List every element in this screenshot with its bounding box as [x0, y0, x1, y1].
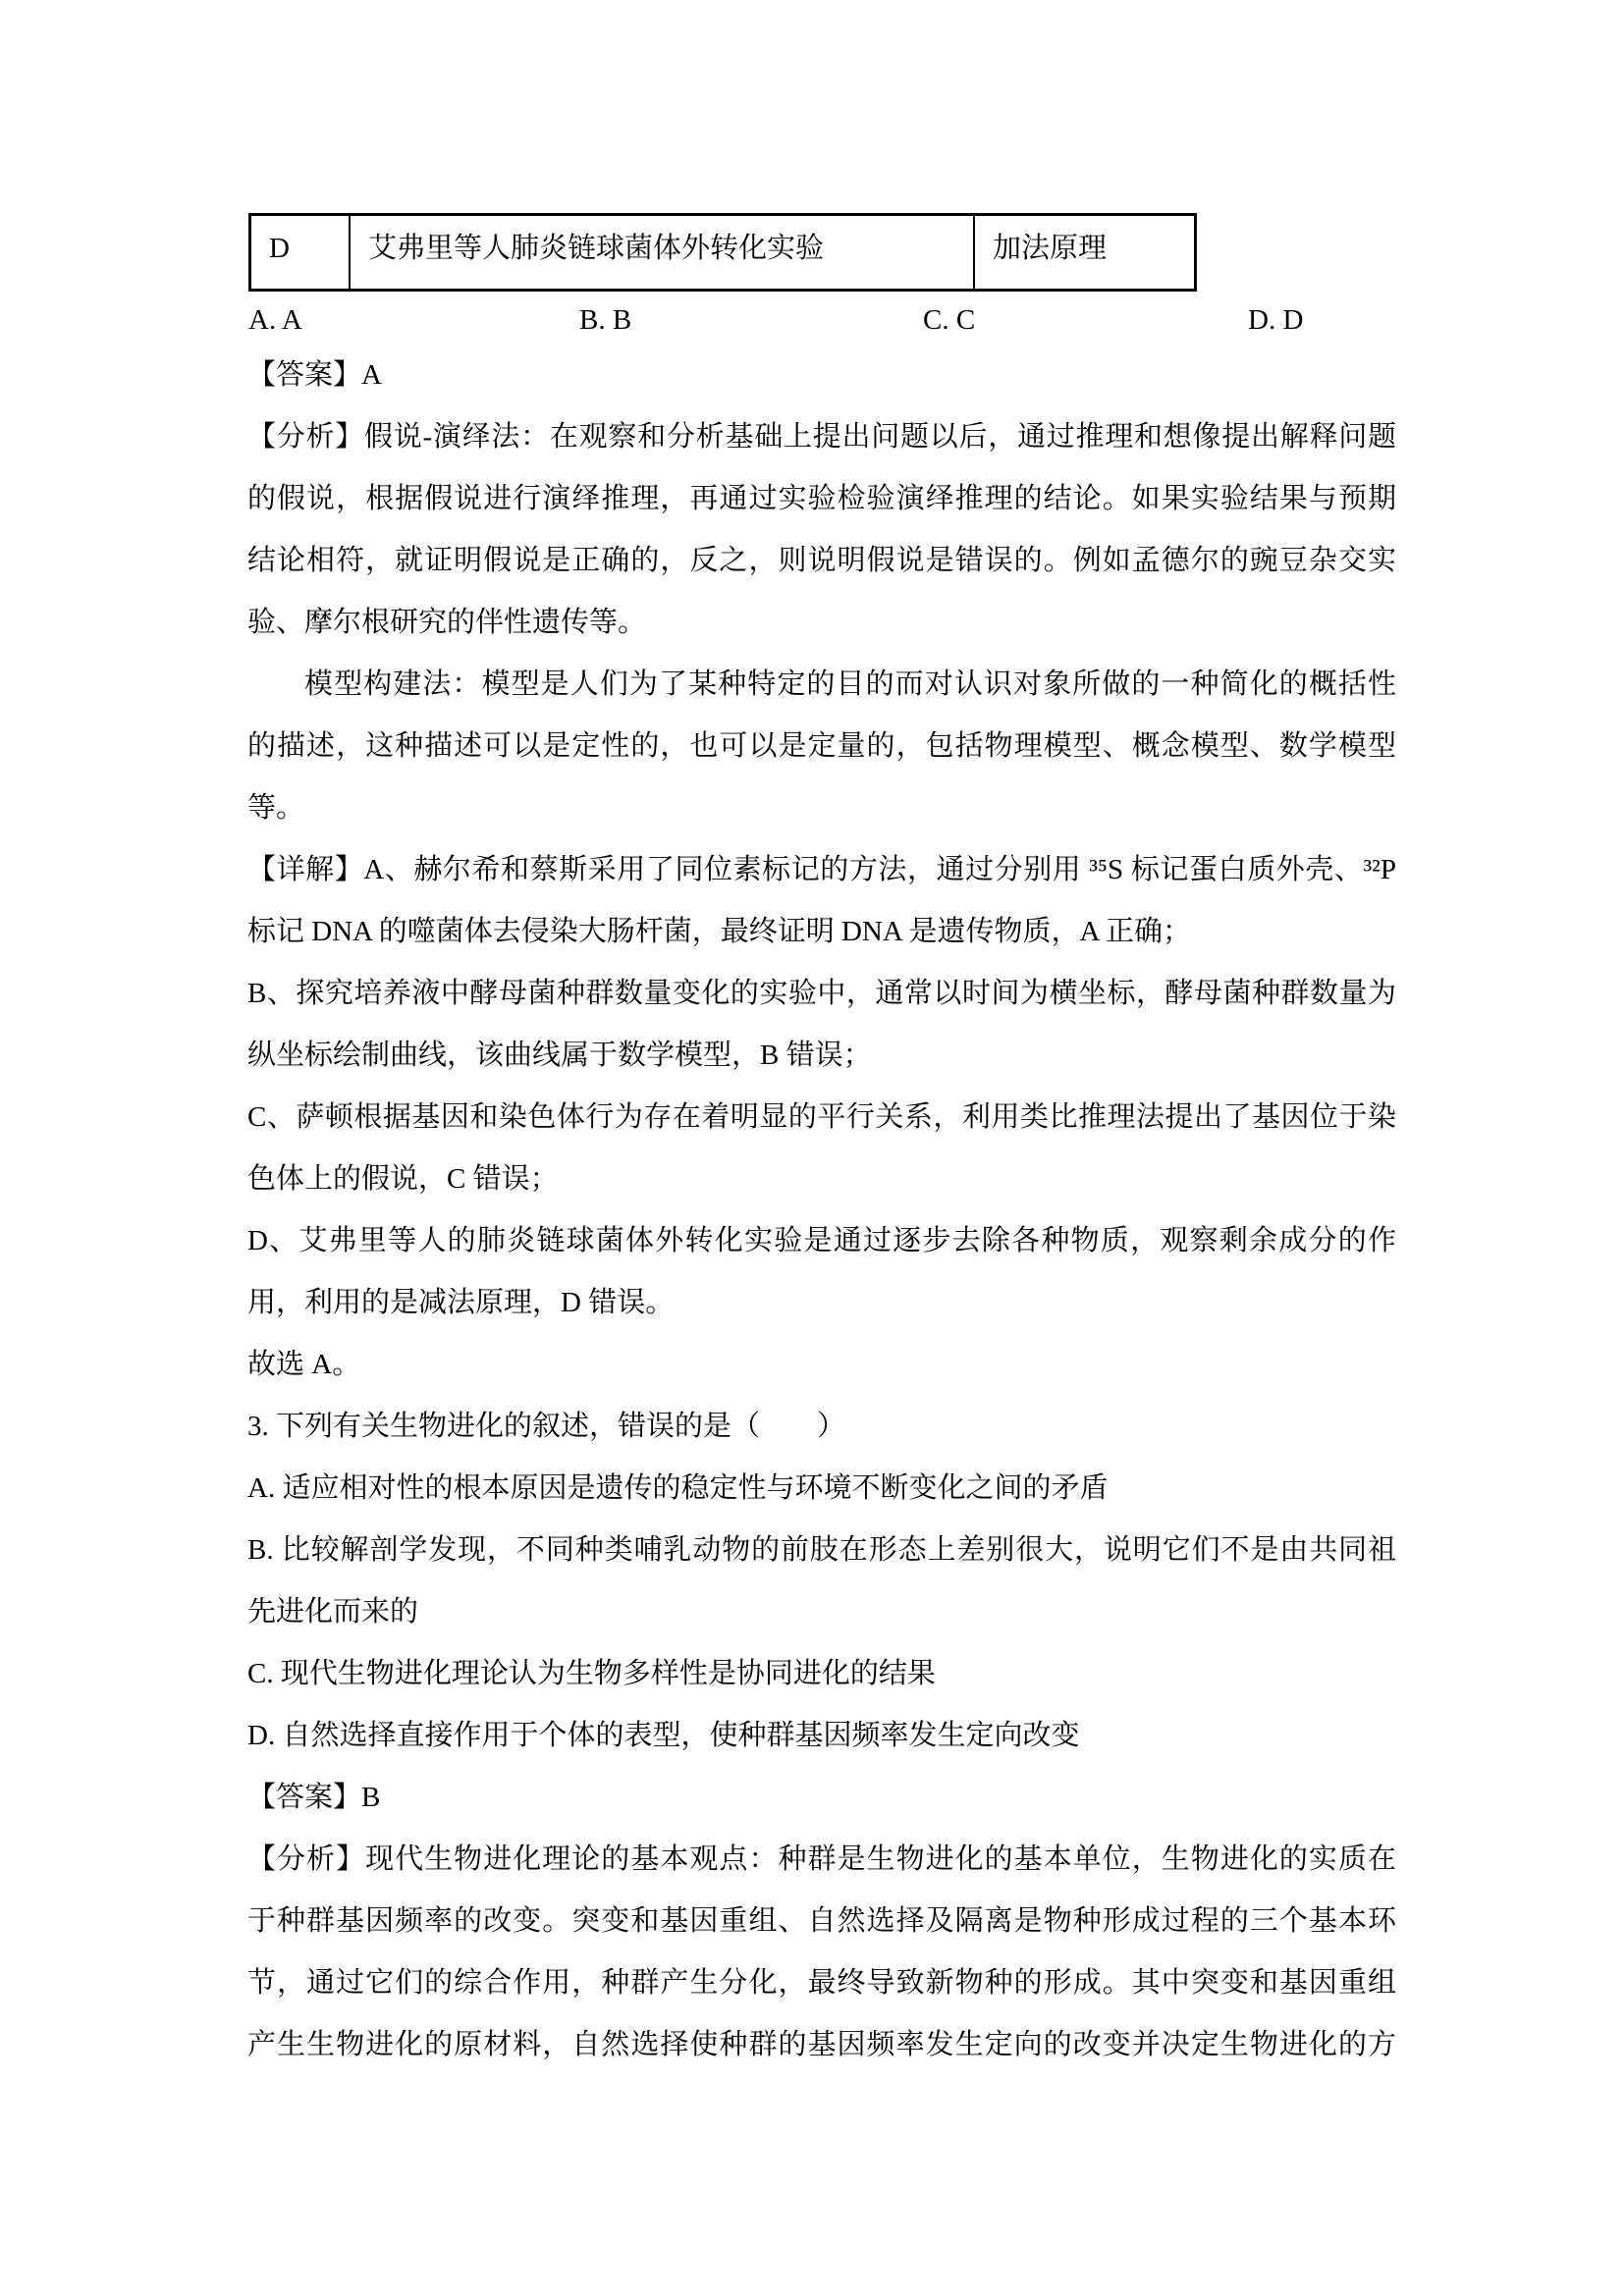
text-line: 产生生物进化的原材料，自然选择使种群的基因频率发生定向的改变并决定生物进化的方 [247, 2014, 1396, 2076]
conclusion-line: 故选 A。 [247, 1334, 1396, 1396]
answer-line-q3: 【答案】B [247, 1767, 1396, 1829]
question-3-option-d: D. 自然选择直接作用于个体的表型，使种群基因频率发生定向改变 [247, 1705, 1396, 1767]
text-line: 节，通过它们的综合作用，种群产生分化，最终导致新物种的形成。其中突变和基因重组 [247, 1952, 1396, 2014]
text-line: 标记 DNA 的噬菌体去侵染大肠杆菌，最终证明 DNA 是遗传物质，A 正确； [247, 901, 1396, 963]
document-body: 【答案】A 【分析】假说-演绎法：在观察和分析基础上提出问题以后，通过推理和想像… [247, 345, 1396, 2076]
question-3-option-a: A. 适应相对性的根本原因是遗传的稳定性与环境不断变化之间的矛盾 [247, 1458, 1396, 1520]
text-line: 纵坐标绘制曲线，该曲线属于数学模型，B 错误； [247, 1025, 1396, 1087]
text-line: 的描述，这种描述可以是定性的，也可以是定量的，包括物理模型、概念模型、数学模型 [247, 716, 1396, 777]
text-line: 模型构建法：模型是人们为了某种特定的目的而对认识对象所做的一种简化的概括性 [247, 654, 1396, 716]
text-line: C、萨顿根据基因和染色体行为存在着明显的平行关系，利用类比推理法提出了基因位于染 [247, 1087, 1396, 1148]
question-3-stem: 3. 下列有关生物进化的叙述，错误的是（ ） [247, 1396, 1396, 1458]
answer-choices-row: A. A B. B C. C D. D [245, 299, 1424, 341]
document-page: D 艾弗里等人肺炎链球菌体外转化实验 加法原理 A. A B. B C. C D… [0, 0, 1624, 2296]
text-line: D、艾弗里等人的肺炎链球菌体外转化实验是通过逐步去除各种物质，观察剩余成分的作 [247, 1210, 1396, 1272]
text-line: 【分析】现代生物进化理论的基本观点：种群是生物进化的基本单位，生物进化的实质在 [247, 1829, 1396, 1891]
answer-line-q2: 【答案】A [247, 345, 1396, 406]
text-line: 色体上的假说，C 错误； [247, 1148, 1396, 1210]
table-cell-principle: 加法原理 [974, 215, 1196, 291]
text-line: 于种群基因频率的改变。突变和基因重组、自然选择及隔离是物种形成过程的三个基本环 [247, 1891, 1396, 1952]
table-row: D 艾弗里等人肺炎链球菌体外转化实验 加法原理 [250, 215, 1196, 291]
text-line: 结论相符，就证明假说是正确的，反之，则说明假说是错误的。例如孟德尔的豌豆杂交实 [247, 530, 1396, 592]
text-line: B、探究培养液中酵母菌种群数量变化的实验中，通常以时间为横坐标，酵母菌种群数量为 [247, 963, 1396, 1025]
question-option-table: D 艾弗里等人肺炎链球菌体外转化实验 加法原理 [248, 213, 1197, 292]
text-line: 等。 [247, 777, 1396, 839]
text-line: 【详解】A、赫尔希和蔡斯采用了同位素标记的方法，通过分别用 ³⁵S 标记蛋白质外… [247, 839, 1396, 901]
question-3-option-c: C. 现代生物进化理论认为生物多样性是协同进化的结果 [247, 1643, 1396, 1705]
table-cell-experiment: 艾弗里等人肺炎链球菌体外转化实验 [350, 215, 974, 291]
choice-d: D. D [1248, 299, 1303, 341]
choice-b: B. B [579, 299, 631, 341]
text-line: 验、摩尔根研究的伴性遗传等。 [247, 592, 1396, 654]
choice-a: A. A [248, 299, 302, 341]
choice-c: C. C [923, 299, 975, 341]
text-line: 用，利用的是减法原理，D 错误。 [247, 1272, 1396, 1334]
question-3-option-b-cont: 先进化而来的 [247, 1581, 1396, 1643]
text-line: 【分析】假说-演绎法：在观察和分析基础上提出问题以后，通过推理和想像提出解释问题 [247, 406, 1396, 468]
text-line: 的假说，根据假说进行演绎推理，再通过实验检验演绎推理的结论。如果实验结果与预期 [247, 468, 1396, 530]
question-3-option-b: B. 比较解剖学发现，不同种类哺乳动物的前肢在形态上差别很大，说明它们不是由共同… [247, 1520, 1396, 1581]
table-cell-option-label: D [250, 215, 351, 291]
